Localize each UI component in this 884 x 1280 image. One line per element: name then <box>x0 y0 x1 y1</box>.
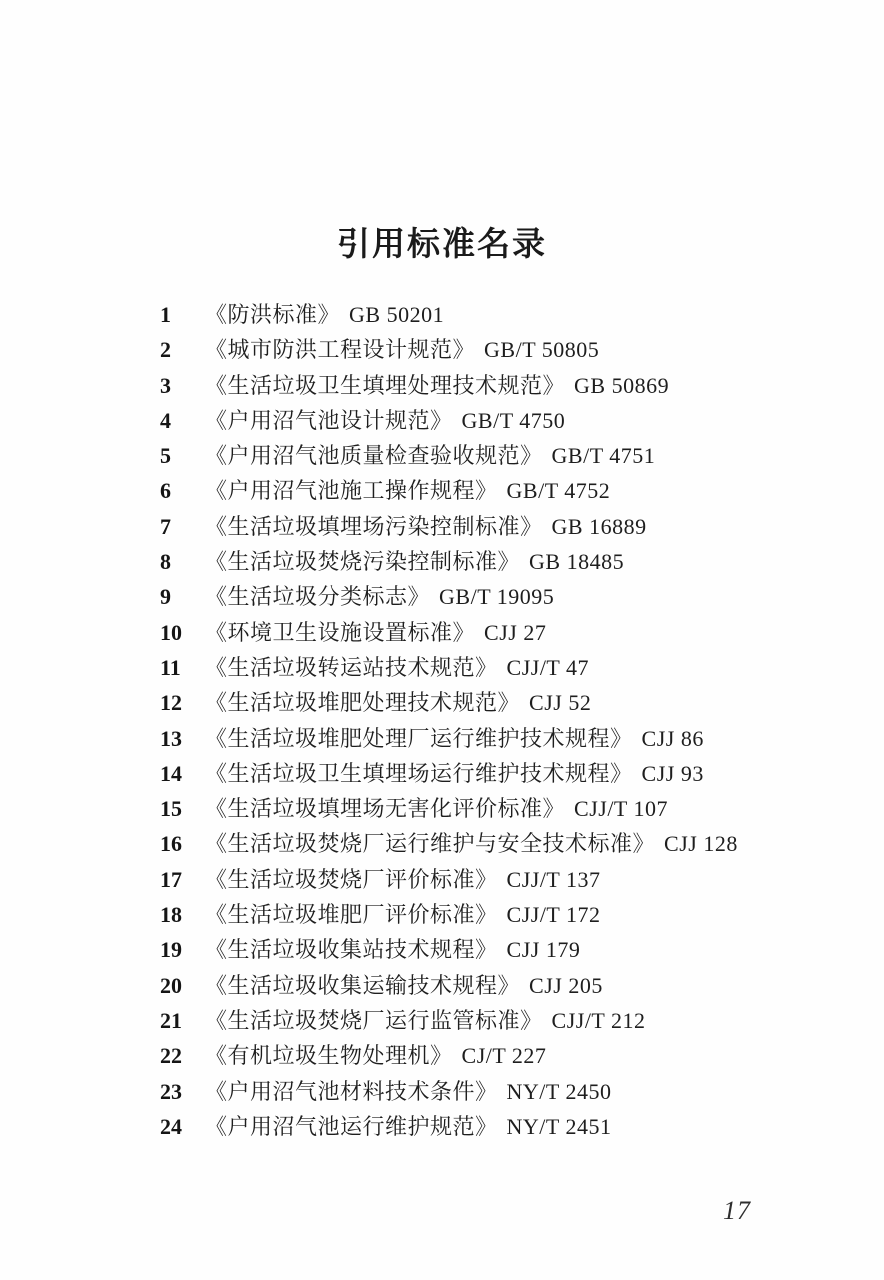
standard-title: 《生活垃圾堆肥处理厂运行维护技术规程》 <box>205 721 633 756</box>
standard-number: 5 <box>160 438 205 473</box>
standard-list-item: 3《生活垃圾卫生填埋处理技术规范》GB 50869 <box>160 368 738 403</box>
standard-list-item: 17《生活垃圾焚烧厂评价标准》CJJ/T 137 <box>160 862 738 897</box>
standard-title: 《有机垃圾生物处理机》 <box>205 1038 453 1073</box>
page-title: 引用标准名录 <box>0 218 884 265</box>
standard-code: CJJ 86 <box>642 721 704 756</box>
standard-code: CJJ/T 47 <box>507 650 589 685</box>
standard-number: 4 <box>160 403 205 438</box>
standard-number: 22 <box>160 1038 205 1073</box>
standard-code: CJJ 93 <box>642 756 704 791</box>
standard-number: 6 <box>160 473 205 508</box>
standard-number: 2 <box>160 332 205 367</box>
standard-title: 《生活垃圾填埋场污染控制标准》 <box>205 509 543 544</box>
standard-number: 12 <box>160 685 205 720</box>
standard-title: 《生活垃圾收集运输技术规程》 <box>205 968 520 1003</box>
standard-title: 《生活垃圾分类标志》 <box>205 579 430 614</box>
standard-number: 1 <box>160 297 205 332</box>
standard-code: NY/T 2450 <box>507 1074 612 1109</box>
standard-number: 7 <box>160 509 205 544</box>
standard-code: GB 16889 <box>552 509 647 544</box>
standard-title: 《生活垃圾焚烧污染控制标准》 <box>205 544 520 579</box>
standard-code: GB/T 4750 <box>462 403 566 438</box>
standard-number: 20 <box>160 968 205 1003</box>
standard-list-item: 9《生活垃圾分类标志》GB/T 19095 <box>160 579 738 614</box>
standard-title: 《生活垃圾堆肥厂评价标准》 <box>205 897 498 932</box>
standard-list-item: 23《户用沼气池材料技术条件》NY/T 2450 <box>160 1074 738 1109</box>
standard-title: 《生活垃圾收集站技术规程》 <box>205 932 498 967</box>
standard-code: GB 50869 <box>574 368 669 403</box>
standard-code: CJJ 179 <box>507 932 581 967</box>
standard-title: 《防洪标准》 <box>205 297 340 332</box>
standard-number: 17 <box>160 862 205 897</box>
standard-code: CJJ/T 137 <box>507 862 601 897</box>
standard-code: GB 18485 <box>529 544 624 579</box>
standard-list-item: 4《户用沼气池设计规范》GB/T 4750 <box>160 403 738 438</box>
standard-list-item: 22《有机垃圾生物处理机》CJ/T 227 <box>160 1038 738 1073</box>
standard-number: 19 <box>160 932 205 967</box>
standard-title: 《生活垃圾焚烧厂运行监管标准》 <box>205 1003 543 1038</box>
standard-list-item: 2《城市防洪工程设计规范》GB/T 50805 <box>160 332 738 367</box>
standard-list-item: 21《生活垃圾焚烧厂运行监管标准》CJJ/T 212 <box>160 1003 738 1038</box>
standard-number: 23 <box>160 1074 205 1109</box>
standard-code: CJJ/T 172 <box>507 897 601 932</box>
standard-code: CJJ 205 <box>529 968 603 1003</box>
standard-code: CJJ/T 107 <box>574 791 668 826</box>
standard-list-item: 7《生活垃圾填埋场污染控制标准》GB 16889 <box>160 509 738 544</box>
standard-title: 《生活垃圾焚烧厂评价标准》 <box>205 862 498 897</box>
standard-list-item: 19《生活垃圾收集站技术规程》CJJ 179 <box>160 932 738 967</box>
standard-code: GB/T 50805 <box>484 332 599 367</box>
standard-number: 15 <box>160 791 205 826</box>
standards-list: 1《防洪标准》GB 502012《城市防洪工程设计规范》GB/T 508053《… <box>160 297 738 1144</box>
standard-code: CJJ/T 212 <box>552 1003 646 1038</box>
standard-number: 3 <box>160 368 205 403</box>
standard-number: 24 <box>160 1109 205 1144</box>
standard-title: 《户用沼气池施工操作规程》 <box>205 473 498 508</box>
standard-title: 《户用沼气池材料技术条件》 <box>205 1074 498 1109</box>
standard-list-item: 14《生活垃圾卫生填埋场运行维护技术规程》CJJ 93 <box>160 756 738 791</box>
standard-code: CJJ 52 <box>529 685 591 720</box>
standard-number: 16 <box>160 826 205 861</box>
standard-list-item: 13《生活垃圾堆肥处理厂运行维护技术规程》CJJ 86 <box>160 721 738 756</box>
standard-title: 《户用沼气池质量检查验收规范》 <box>205 438 543 473</box>
standard-list-item: 1《防洪标准》GB 50201 <box>160 297 738 332</box>
standard-title: 《生活垃圾转运站技术规范》 <box>205 650 498 685</box>
standard-title: 《环境卫生设施设置标准》 <box>205 615 475 650</box>
standard-code: GB 50201 <box>349 297 444 332</box>
standard-code: CJJ 128 <box>664 826 738 861</box>
standard-title: 《生活垃圾焚烧厂运行维护与安全技术标准》 <box>205 826 655 861</box>
standard-number: 13 <box>160 721 205 756</box>
standard-title: 《城市防洪工程设计规范》 <box>205 332 475 367</box>
standard-list-item: 16《生活垃圾焚烧厂运行维护与安全技术标准》CJJ 128 <box>160 826 738 861</box>
standard-code: GB/T 19095 <box>439 579 554 614</box>
standard-list-item: 15《生活垃圾填埋场无害化评价标准》CJJ/T 107 <box>160 791 738 826</box>
standard-title: 《生活垃圾堆肥处理技术规范》 <box>205 685 520 720</box>
page-number: 17 <box>723 1196 751 1226</box>
standard-title: 《户用沼气池设计规范》 <box>205 403 453 438</box>
standard-code: GB/T 4751 <box>552 438 656 473</box>
standard-list-item: 5《户用沼气池质量检查验收规范》GB/T 4751 <box>160 438 738 473</box>
standard-number: 8 <box>160 544 205 579</box>
standard-number: 14 <box>160 756 205 791</box>
standard-number: 11 <box>160 650 205 685</box>
standard-title: 《户用沼气池运行维护规范》 <box>205 1109 498 1144</box>
standard-list-item: 11《生活垃圾转运站技术规范》CJJ/T 47 <box>160 650 738 685</box>
standard-list-item: 8《生活垃圾焚烧污染控制标准》GB 18485 <box>160 544 738 579</box>
standard-list-item: 18《生活垃圾堆肥厂评价标准》CJJ/T 172 <box>160 897 738 932</box>
standard-list-item: 6《户用沼气池施工操作规程》GB/T 4752 <box>160 473 738 508</box>
standard-number: 18 <box>160 897 205 932</box>
standard-number: 10 <box>160 615 205 650</box>
standard-number: 21 <box>160 1003 205 1038</box>
standard-code: GB/T 4752 <box>507 473 611 508</box>
document-page: 引用标准名录 1《防洪标准》GB 502012《城市防洪工程设计规范》GB/T … <box>0 0 884 1280</box>
standard-title: 《生活垃圾填埋场无害化评价标准》 <box>205 791 565 826</box>
standard-code: NY/T 2451 <box>507 1109 612 1144</box>
standard-title: 《生活垃圾卫生填埋处理技术规范》 <box>205 368 565 403</box>
standard-list-item: 24《户用沼气池运行维护规范》NY/T 2451 <box>160 1109 738 1144</box>
standard-title: 《生活垃圾卫生填埋场运行维护技术规程》 <box>205 756 633 791</box>
standard-list-item: 12《生活垃圾堆肥处理技术规范》CJJ 52 <box>160 685 738 720</box>
standard-list-item: 10《环境卫生设施设置标准》CJJ 27 <box>160 615 738 650</box>
standard-code: CJ/T 227 <box>462 1038 547 1073</box>
standard-number: 9 <box>160 579 205 614</box>
standard-code: CJJ 27 <box>484 615 546 650</box>
standard-list-item: 20《生活垃圾收集运输技术规程》CJJ 205 <box>160 968 738 1003</box>
